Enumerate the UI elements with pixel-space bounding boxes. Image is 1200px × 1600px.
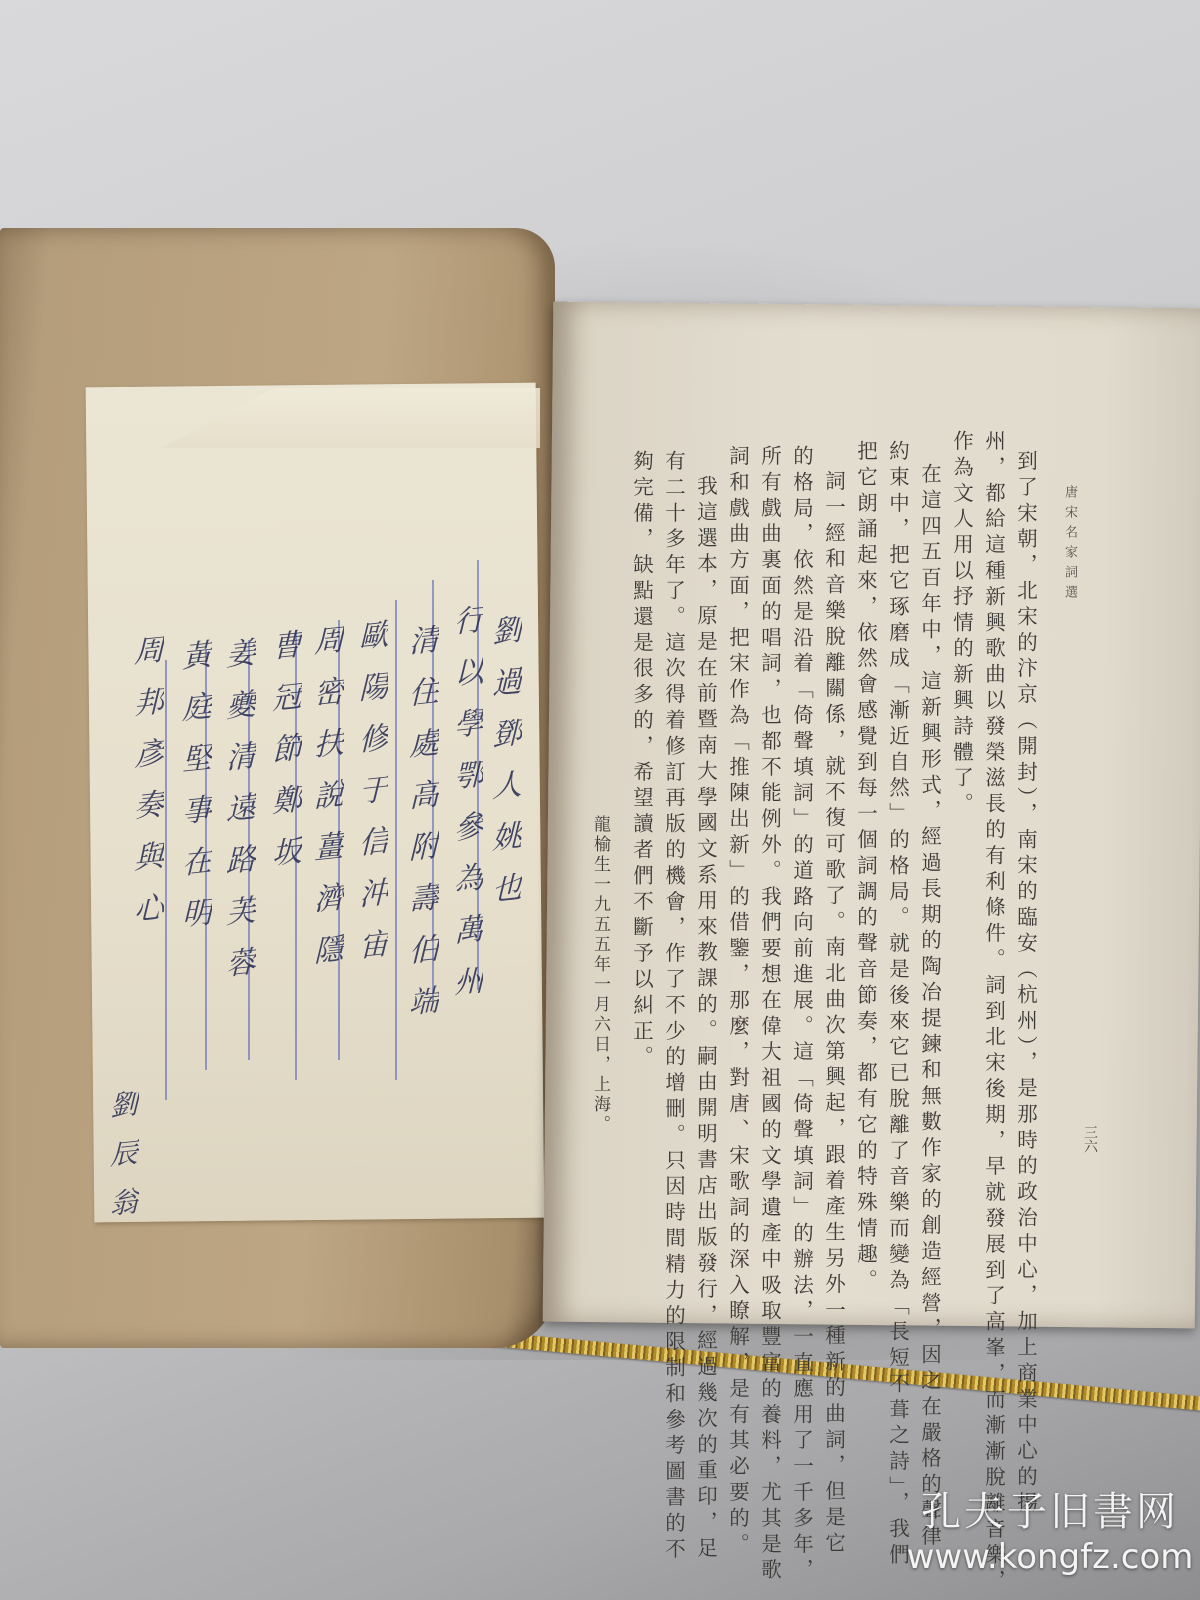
handwritten-column: 清 住 處 高 附 壽 伯 端: [405, 623, 435, 1023]
handwritten-column: 周 邦 彥 奏 與 心: [130, 633, 160, 930]
note-rule-line: [395, 600, 397, 1080]
text-column: 的格局，依然是沿着「倚聲填詞」的道路向前進展。這「倚聲填詞」的辦法，一直應用了一…: [791, 445, 812, 1585]
book-photo: 劉 過 鄧 人 姚 也 行 以 學 鄂 參 為 萬 州 清 住 處 高 附 壽 …: [0, 0, 1200, 1600]
handwritten-column: 周 密 扶 說 薑 濟 隱: [310, 623, 340, 971]
handwritten-column: 姜 夔 清 遠 路 芙 蓉: [222, 636, 252, 984]
text-column: 州，都給這種新興歌曲以發榮滋長的有利條件。詞到北宋後期，早就發展到了高峯，而漸漸…: [983, 430, 1004, 1596]
text-column: 夠完備，缺點還是很多的，希望讀者們不斷予以糾正。: [631, 450, 652, 1072]
kongfz-watermark: 孔夫子旧書网 www.kongfz.com: [900, 1480, 1200, 1577]
watermark-name: 孔夫子旧書网: [900, 1480, 1200, 1537]
text-column: 詞一經和音樂脫離關係，就不復可歌了。南北曲次第興起，跟着產生另外一種新的曲詞，但…: [823, 470, 844, 1558]
text-column: 我這選本，原是在前暨南大學國文系用來教課的。嗣由開明書店出版發行，經過幾次的重印…: [695, 475, 716, 1563]
text-column: 到了宋朝，北宋的汴京（開封），南宋的臨安（杭州），是那時的政治中心，加上商業中心…: [1015, 450, 1036, 1517]
handwritten-column: 歐 陽 修 于 信 沖 宙: [355, 618, 385, 966]
text-column: 作為文人用以抒情的新興詩體了。: [951, 430, 972, 819]
handwritten-column: 曹 冠 節 鄭 坂: [268, 628, 298, 873]
watermark-url: www.kongfz.com: [900, 1537, 1200, 1577]
text-column: 詞和戲曲方面，把宋作為「推陳出新」的借鑒，那麼，對唐、宋歌詞的深入瞭解，是有其必…: [727, 445, 748, 1559]
text-column: 所有戲曲裏面的唱詞，也都不能例外。我們要想在偉大祖國的文學遺產中吸取豐富的養料，…: [759, 445, 780, 1585]
text-column: 把它朗誦起來，依然會感覺到每一個詞調的聲音節奏，都有它的特殊情趣。: [855, 440, 876, 1295]
author-signature-line: 龍榆生一九五五年一月六日，上海。: [591, 815, 608, 1135]
page-number: 三六: [1080, 1125, 1100, 1153]
handwritten-signature: 劉 辰 翁: [108, 1089, 136, 1224]
running-head: 唐宋名家詞選: [1060, 485, 1079, 605]
note-rule-line: [165, 660, 167, 1100]
text-column: 在這四五百年中，這新興形式，經過長期的陶冶提鍊和無數作家的創造經營，因之在嚴格的…: [919, 463, 940, 1551]
handwritten-column: 劉 過 鄧 人 姚 也: [488, 613, 518, 910]
handwritten-column: 黃 庭 堅 事 在 明: [178, 638, 208, 935]
text-column: 有二十多年了。這次得着修訂再版的機會，作了不少的增刪。只因時間精力的限制和參考圖…: [663, 450, 684, 1564]
handwritten-column: 行 以 學 鄂 參 為 萬 州: [450, 603, 480, 1003]
text-column: 約束中，把它琢磨成「漸近自然」的格局。就是後來它已脫離了音樂而變為「長短不葺之詩…: [887, 440, 908, 1569]
